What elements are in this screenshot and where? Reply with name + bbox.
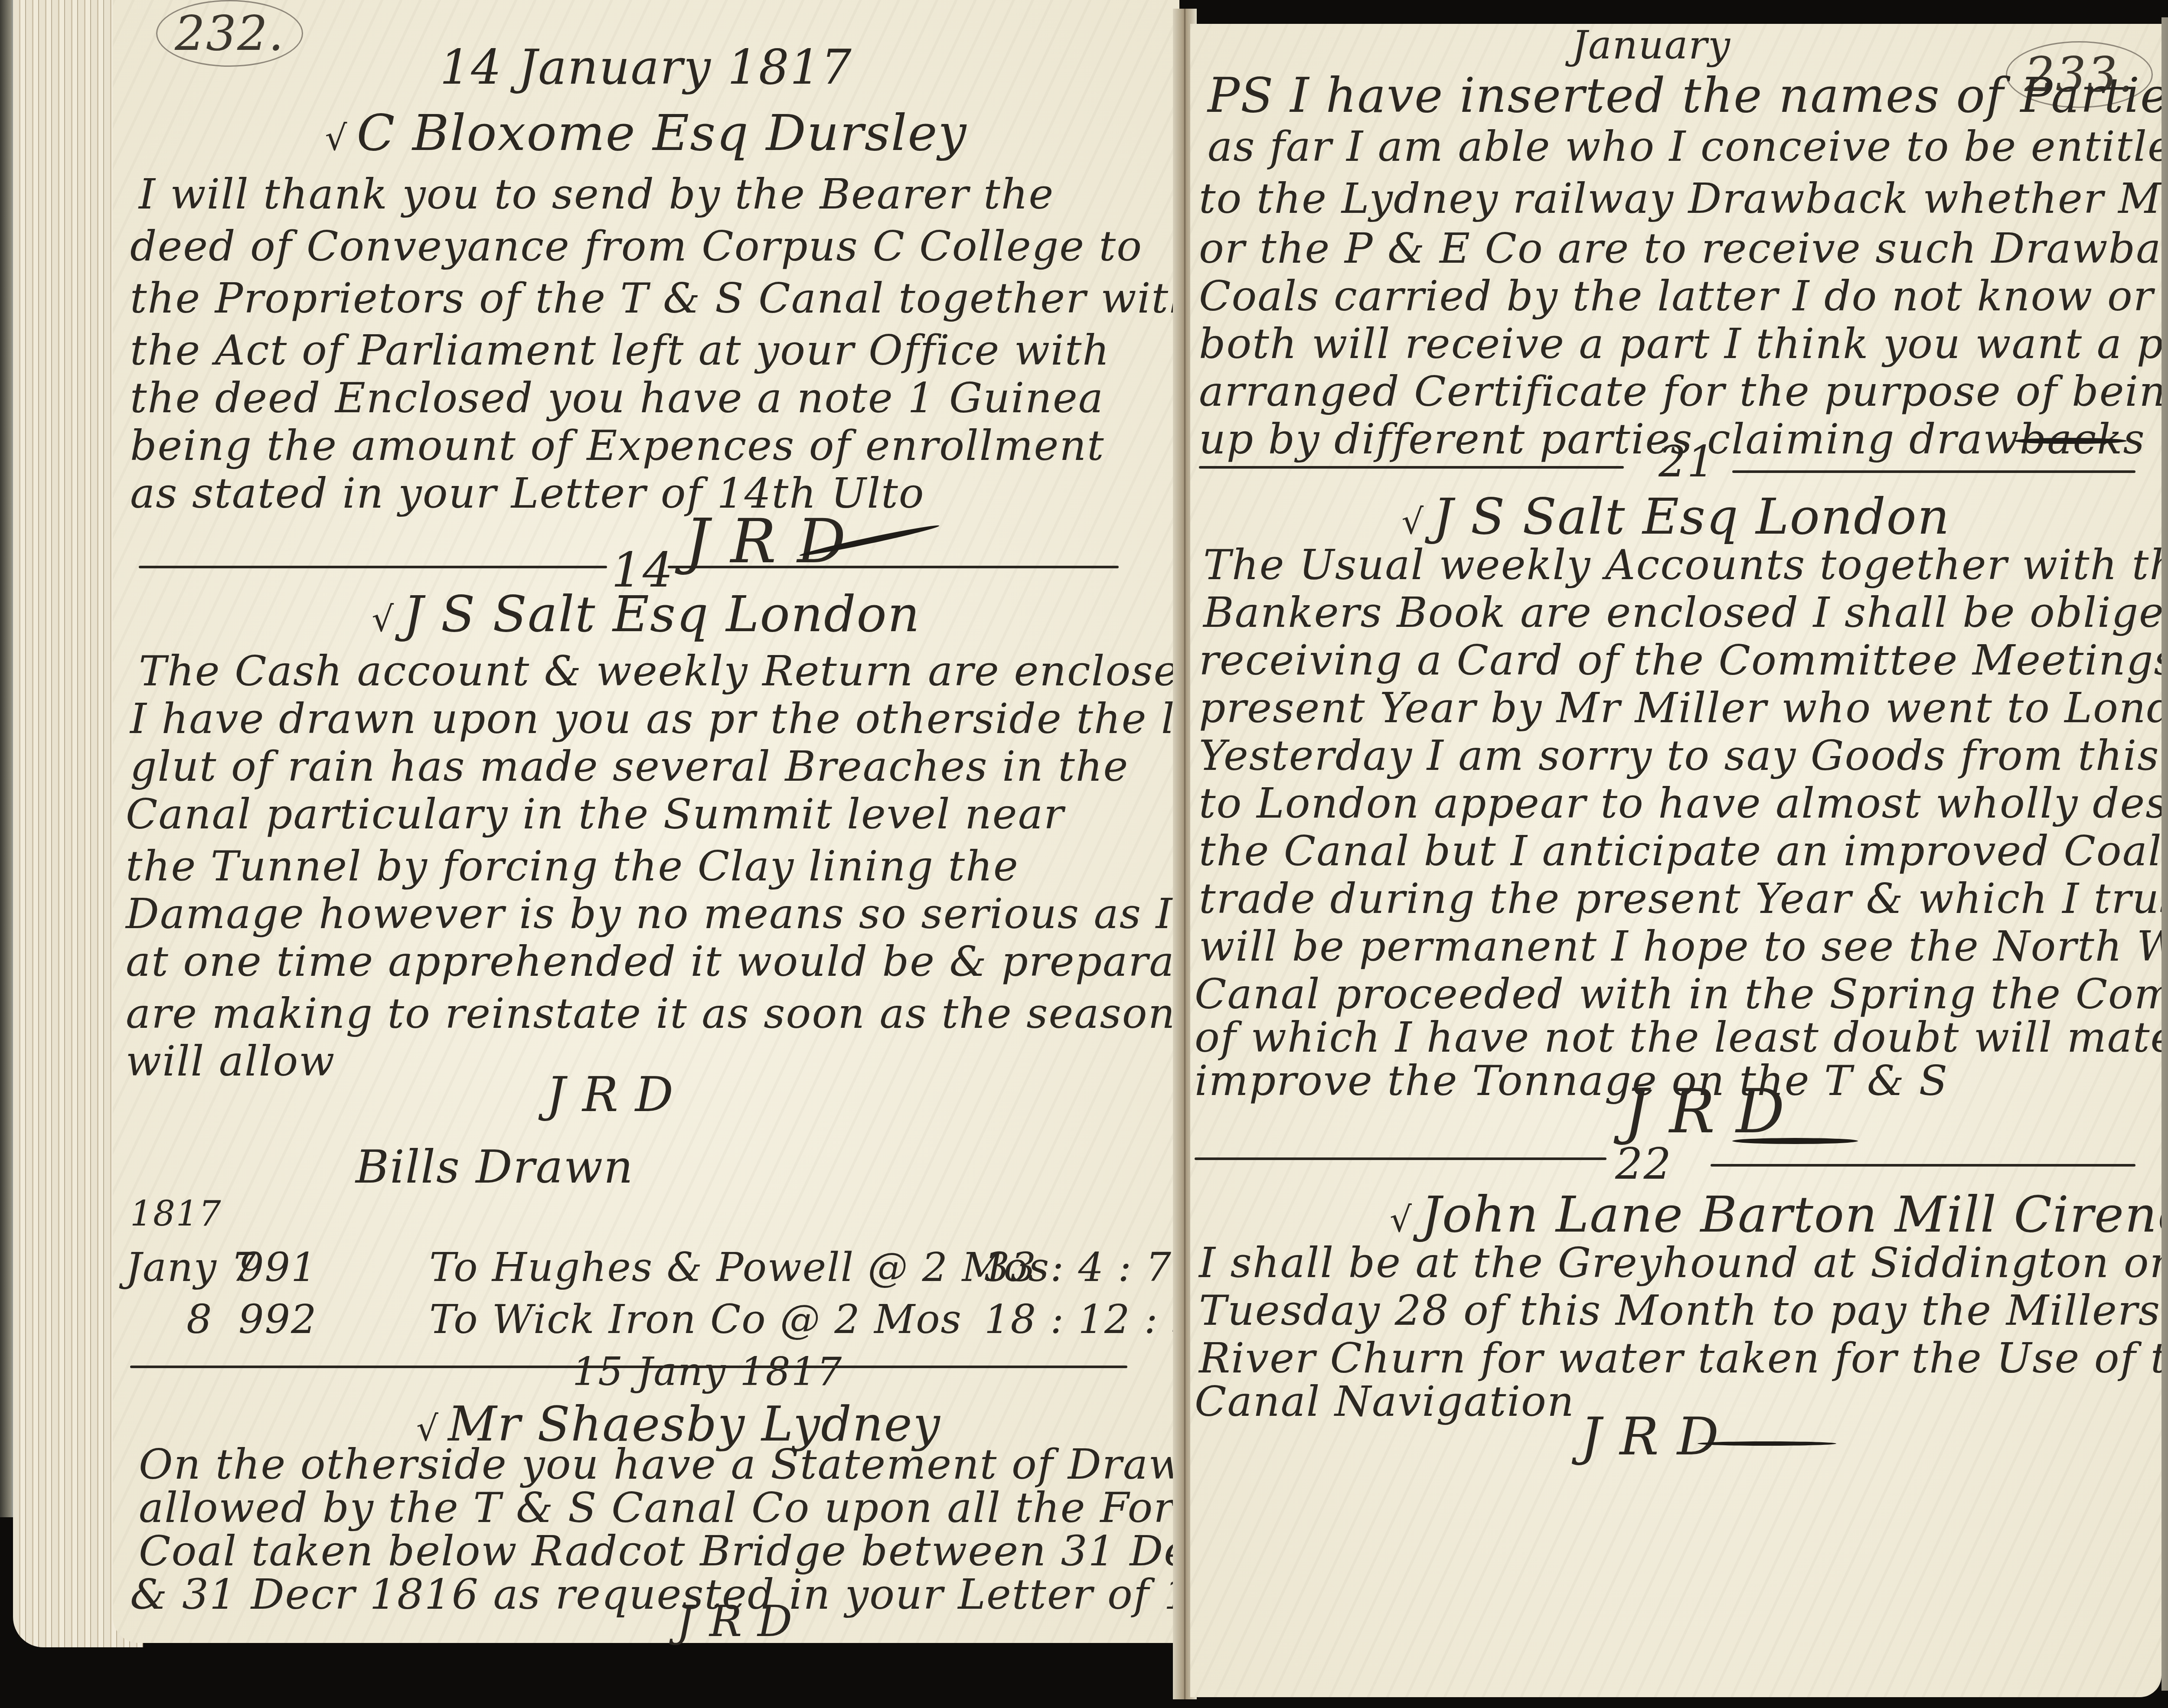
- page-edges-right: [2161, 17, 2168, 1691]
- bill-date: Jany 7: [126, 1244, 257, 1291]
- bill-number: 992: [238, 1296, 317, 1343]
- bill-payee: To Hughes & Powell @ 2 Mos: [429, 1244, 1050, 1291]
- body-line: the deed Enclosed you have a note 1 Guin…: [130, 377, 1104, 419]
- body-line: as far I am able who I conceive to be en…: [1208, 126, 2168, 167]
- bills-year: 1817: [130, 1196, 222, 1231]
- body-line: the Proprietors of the T & S Canal toget…: [130, 277, 1197, 319]
- bills-heading: Bills Drawn: [356, 1144, 634, 1190]
- body-line: Damage however is by no means so serious…: [126, 893, 1173, 935]
- entry-date: 22: [1615, 1142, 1672, 1186]
- entry-date: 21: [1659, 440, 1715, 483]
- body-line: to the Lydney railway Drawback whether M…: [1199, 178, 2168, 219]
- body-line: present Year by Mr Miller who went to Lo…: [1199, 687, 2168, 729]
- entry-divider: [1711, 1164, 2135, 1167]
- open-letter-book: 232. 14 January 1817 √C Bloxome Esq Durs…: [0, 0, 2168, 1708]
- closing-flourish: [2014, 438, 2127, 444]
- entry-date: 14 January 1817: [113, 43, 1179, 91]
- check-mark-icon: √: [372, 599, 395, 639]
- entry-divider: [1199, 466, 1624, 469]
- body-line: being the amount of Expences of enrollme…: [130, 425, 1105, 466]
- body-line: Canal particulary in the Summit level ne…: [126, 793, 1064, 835]
- body-line: receiving a Card of the Committee Meetin…: [1199, 639, 2168, 681]
- entry-addressee: √J S Salt Esq London: [113, 590, 1179, 639]
- body-line: Canal Navigation: [1195, 1381, 1575, 1422]
- entry-addressee: √John Lane Barton Mill Cirencester: [1390, 1190, 2168, 1240]
- signature-flourish: [1698, 1441, 1836, 1446]
- addressee-text: C Bloxome Esq Dursley: [356, 104, 967, 162]
- entry-date: 15 Jany 1817: [572, 1353, 842, 1392]
- left-page: 232. 14 January 1817 √C Bloxome Esq Durs…: [113, 0, 1179, 1643]
- entry-divider: [1195, 1157, 1606, 1160]
- body-line: PS I have inserted the names of Parties: [1208, 72, 2168, 119]
- body-line: River Churn for water taken for the Use …: [1199, 1337, 2168, 1379]
- body-line: to London appear to have almost wholly d…: [1199, 782, 2168, 824]
- bill-amount: 33 : 4 : 7: [984, 1244, 1172, 1291]
- body-line: will be permanent I hope to see the Nort…: [1199, 926, 2168, 967]
- body-line: or the P & E Co are to receive such Draw…: [1199, 228, 2168, 269]
- bill-payee: To Wick Iron Co @ 2 Mos: [429, 1296, 962, 1343]
- addressee-text: John Lane Barton Mill Cirencester: [1421, 1186, 2168, 1244]
- signature: J R D: [685, 512, 847, 572]
- check-mark-icon: √: [325, 118, 348, 158]
- body-line: Yesterday I am sorry to say Goods from t…: [1199, 735, 2168, 776]
- body-line: both will receive a part I think you wan…: [1199, 323, 2168, 365]
- body-line: will allow: [126, 1040, 335, 1082]
- body-line: Tuesday 28 of this Month to pay the Mill…: [1199, 1290, 2168, 1331]
- entry-divider: [139, 566, 607, 568]
- bill-number: 991: [238, 1244, 317, 1291]
- body-line: the Act of Parliament left at your Offic…: [130, 329, 1110, 371]
- entry-addressee: √C Bloxome Esq Dursley: [113, 108, 1179, 158]
- entry-divider: [668, 566, 1119, 568]
- body-line: deed of Conveyance from Corpus C College…: [130, 225, 1143, 267]
- body-line: allowed by the T & S Canal Co upon all t…: [139, 1487, 1240, 1529]
- check-mark-icon: √: [1401, 502, 1424, 542]
- body-line: I have drawn upon you as pr the othersid…: [130, 698, 1244, 740]
- addressee-text: J S Salt Esq London: [1433, 488, 1950, 546]
- body-line: Coals carried by the latter I do not kno…: [1199, 275, 2168, 317]
- entry-addressee: √J S Salt Esq London: [1190, 492, 2161, 542]
- body-line: at one time apprehended it would be & pr…: [126, 941, 1283, 982]
- signature: J R D: [1624, 1082, 1786, 1142]
- body-line: improve the Tonnage on the T & S: [1195, 1060, 1948, 1102]
- signature: J R D: [546, 1071, 674, 1118]
- body-line: Canal proceeded with in the Spring the C…: [1195, 973, 2168, 1015]
- entry-date: January: [1572, 26, 1731, 65]
- addressee-text: J S Salt Esq London: [403, 585, 921, 643]
- bill-date: 8: [186, 1296, 213, 1343]
- entry-divider: [1732, 470, 2135, 473]
- signature: J R D: [1580, 1411, 1720, 1463]
- right-page: 233. January PS I have inserted the name…: [1190, 24, 2161, 1697]
- body-line: Bankers Book are enclosed I shall be obl…: [1203, 592, 2168, 633]
- body-line: I shall be at the Greyhound at Siddingto…: [1199, 1242, 2168, 1284]
- body-line: trade during the present Year & which I …: [1199, 878, 2168, 919]
- body-line: the Tunnel by forcing the Clay lining th…: [126, 845, 1019, 887]
- body-line: The Cash account & weekly Return are enc…: [139, 650, 1207, 692]
- body-line: of which I have not the least doubt will…: [1195, 1017, 2168, 1058]
- body-line: arranged Certificate for the purpose of …: [1199, 371, 2168, 412]
- body-line: The Usual weekly Accounts together with …: [1203, 544, 2168, 586]
- signature: J R D: [676, 1600, 793, 1643]
- body-line: I will thank you to send by the Bearer t…: [139, 173, 1054, 215]
- body-line: On the otherside you have a Statement of…: [139, 1444, 1289, 1485]
- check-mark-icon: √: [1390, 1200, 1413, 1240]
- body-line: glut of rain has made several Breaches i…: [130, 746, 1129, 787]
- signature-flourish: [1732, 1138, 1858, 1144]
- bill-amount: 18 : 12 : 3: [984, 1296, 1198, 1343]
- body-line: are making to reinstate it as soon as th…: [126, 993, 1175, 1034]
- body-line: the Canal but I anticipate an improved C…: [1199, 830, 2162, 872]
- body-line: Coal taken below Radcot Bridge between 3…: [139, 1530, 1303, 1572]
